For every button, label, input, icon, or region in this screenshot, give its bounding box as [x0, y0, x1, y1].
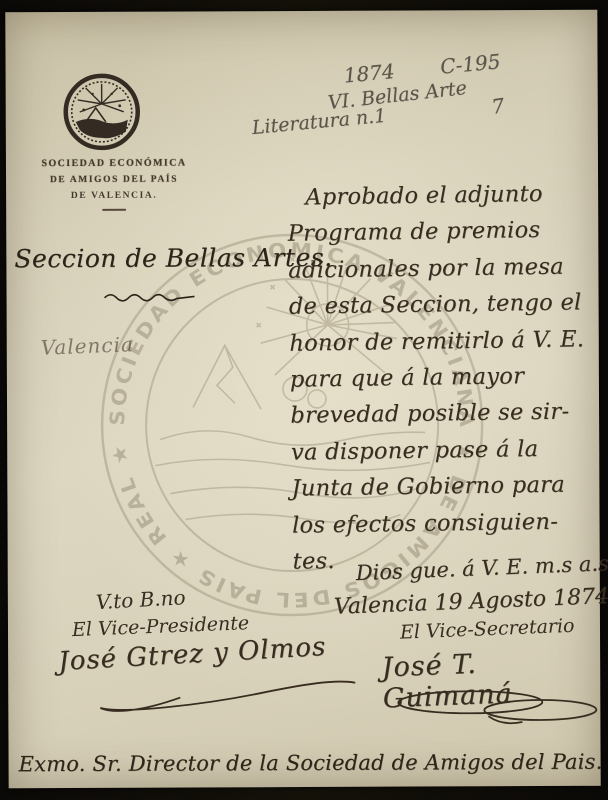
body-line: de esta Seccion, tengo el [289, 284, 602, 325]
body-line: brevedad posible se sir- [290, 393, 603, 434]
title-flourish [103, 289, 199, 303]
place-word: Valencia [40, 332, 134, 360]
annotation-year: 1874 [343, 59, 396, 88]
signature-left-flourish [60, 663, 360, 716]
letterhead-org-line2: DE AMIGOS DEL PAÍS [34, 174, 194, 185]
signature-right-flourish [392, 686, 608, 731]
role-vice-secretario: El Vice-Secretario [400, 615, 575, 644]
archival-annotation-row3: Literatura n.1 [251, 105, 387, 139]
visto-bueno: V.to B.no [95, 585, 186, 614]
body-line: va disponer pase á la [291, 430, 604, 471]
body-line: Aprobado el adjunto [287, 175, 600, 216]
annotation-code: C-195 [439, 49, 501, 78]
body-line: Programa de premios [287, 211, 600, 252]
letter-body: Aprobado el adjunto Programa de premios … [287, 175, 605, 580]
body-line: Junta de Gobierno para [291, 466, 604, 507]
body-line: los efectos consiguien- [292, 503, 605, 544]
body-line: adicionales por la mesa [288, 248, 601, 289]
scan-background: SOCIEDAD ECONOMICA VALENCIANA ★ DE AMIGO… [0, 0, 608, 800]
letterhead-text: SOCIEDAD ECONÓMICA DE AMIGOS DEL PAÍS DE… [34, 157, 194, 211]
letterhead-org-line3: DE VALENCIA. [34, 190, 194, 201]
document-page: SOCIEDAD ECONOMICA VALENCIANA ★ DE AMIGO… [5, 10, 600, 789]
letterhead-org-line1: SOCIEDAD ECONÓMICA [34, 157, 194, 169]
body-line: para que á la mayor [290, 357, 603, 398]
letterhead-rule [102, 209, 126, 211]
section-title: Seccion de Bellas Artes. [14, 243, 332, 273]
annotation-number: 7 [490, 93, 506, 119]
body-line: honor de remitirlo á V. E. [289, 321, 602, 362]
addressee-line: Exmo. Sr. Director de la Sociedad de Ami… [19, 750, 603, 777]
letterhead-emblem-icon [60, 70, 144, 154]
